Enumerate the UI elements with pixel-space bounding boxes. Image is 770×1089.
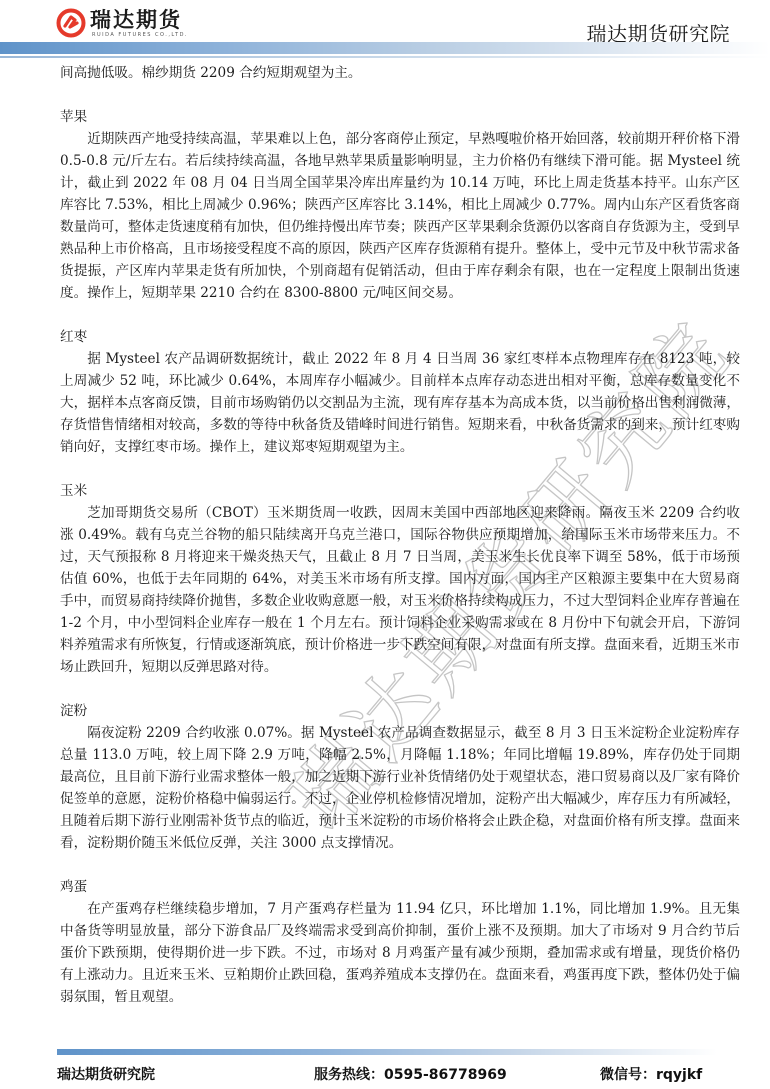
page-header: 瑞达期货 RUIDA FUTURES CO.,LTD. 瑞达期货研究院: [0, 0, 770, 64]
section-paragraph: 近期陕西产地受持续高温，苹果难以上色，部分客商停止预定，早熟嘎啦价格开始回落，较…: [60, 128, 740, 304]
footer-wechat: 微信号：rqyjkf: [600, 1064, 702, 1084]
header-divider: [0, 56, 770, 58]
company-logo: 瑞达期货 RUIDA FUTURES CO.,LTD.: [56, 5, 188, 41]
section-paragraph: 据 Mysteel 农产品调研数据统计，截止 2022 年 8 月 4 日当周 …: [60, 348, 740, 458]
section-starch: 淀粉 隔夜淀粉 2209 合约收涨 0.07%。据 Mysteel 农产品调查数…: [60, 700, 740, 854]
section-apple: 苹果 近期陕西产地受持续高温，苹果难以上色，部分客商停止预定，早熟嘎啦价格开始回…: [60, 106, 740, 304]
report-body: 间高抛低吸。棉纱期货 2209 合约短期观望为主。 苹果 近期陕西产地受持续高温…: [60, 62, 740, 1008]
section-red-jujube: 红枣 据 Mysteel 农产品调研数据统计，截止 2022 年 8 月 4 日…: [60, 326, 740, 458]
continued-paragraph: 间高抛低吸。棉纱期货 2209 合约短期观望为主。: [60, 62, 740, 84]
section-title: 淀粉: [60, 700, 740, 722]
section-title: 苹果: [60, 106, 740, 128]
section-corn: 玉米 芝加哥期货交易所（CBOT）玉米期货周一收跌，因周末美国中西部地区迎来降雨…: [60, 480, 740, 678]
logo-english-name: RUIDA FUTURES CO.,LTD.: [92, 32, 188, 39]
section-egg: 鸡蛋 在产蛋鸡存栏继续稳步增加，7 月产蛋鸡存栏量为 11.94 亿只，环比增加…: [60, 876, 740, 1008]
section-paragraph: 芝加哥期货交易所（CBOT）玉米期货周一收跌，因周末美国中西部地区迎来降雨。隔夜…: [60, 502, 740, 678]
section-paragraph: 在产蛋鸡存栏继续稳步增加，7 月产蛋鸡存栏量为 11.94 亿只，环比增加 1.…: [60, 898, 740, 1008]
footer-hotline: 服务热线：0595-86778969: [314, 1064, 507, 1084]
footer-org: 瑞达期货研究院: [57, 1064, 155, 1084]
footer-gradient-band: [57, 1049, 717, 1055]
section-title: 玉米: [60, 480, 740, 502]
header-gradient-band: [0, 42, 770, 54]
section-title: 鸡蛋: [60, 876, 740, 898]
section-paragraph: 隔夜淀粉 2209 合约收涨 0.07%。据 Mysteel 农产品调查数据显示…: [60, 722, 740, 854]
page-footer: 瑞达期货研究院 服务热线：0595-86778969 微信号：rqyjkf: [0, 1064, 770, 1086]
ruida-logo-icon: [56, 8, 86, 38]
logo-chinese-name: 瑞达期货: [90, 8, 188, 32]
section-title: 红枣: [60, 326, 740, 348]
